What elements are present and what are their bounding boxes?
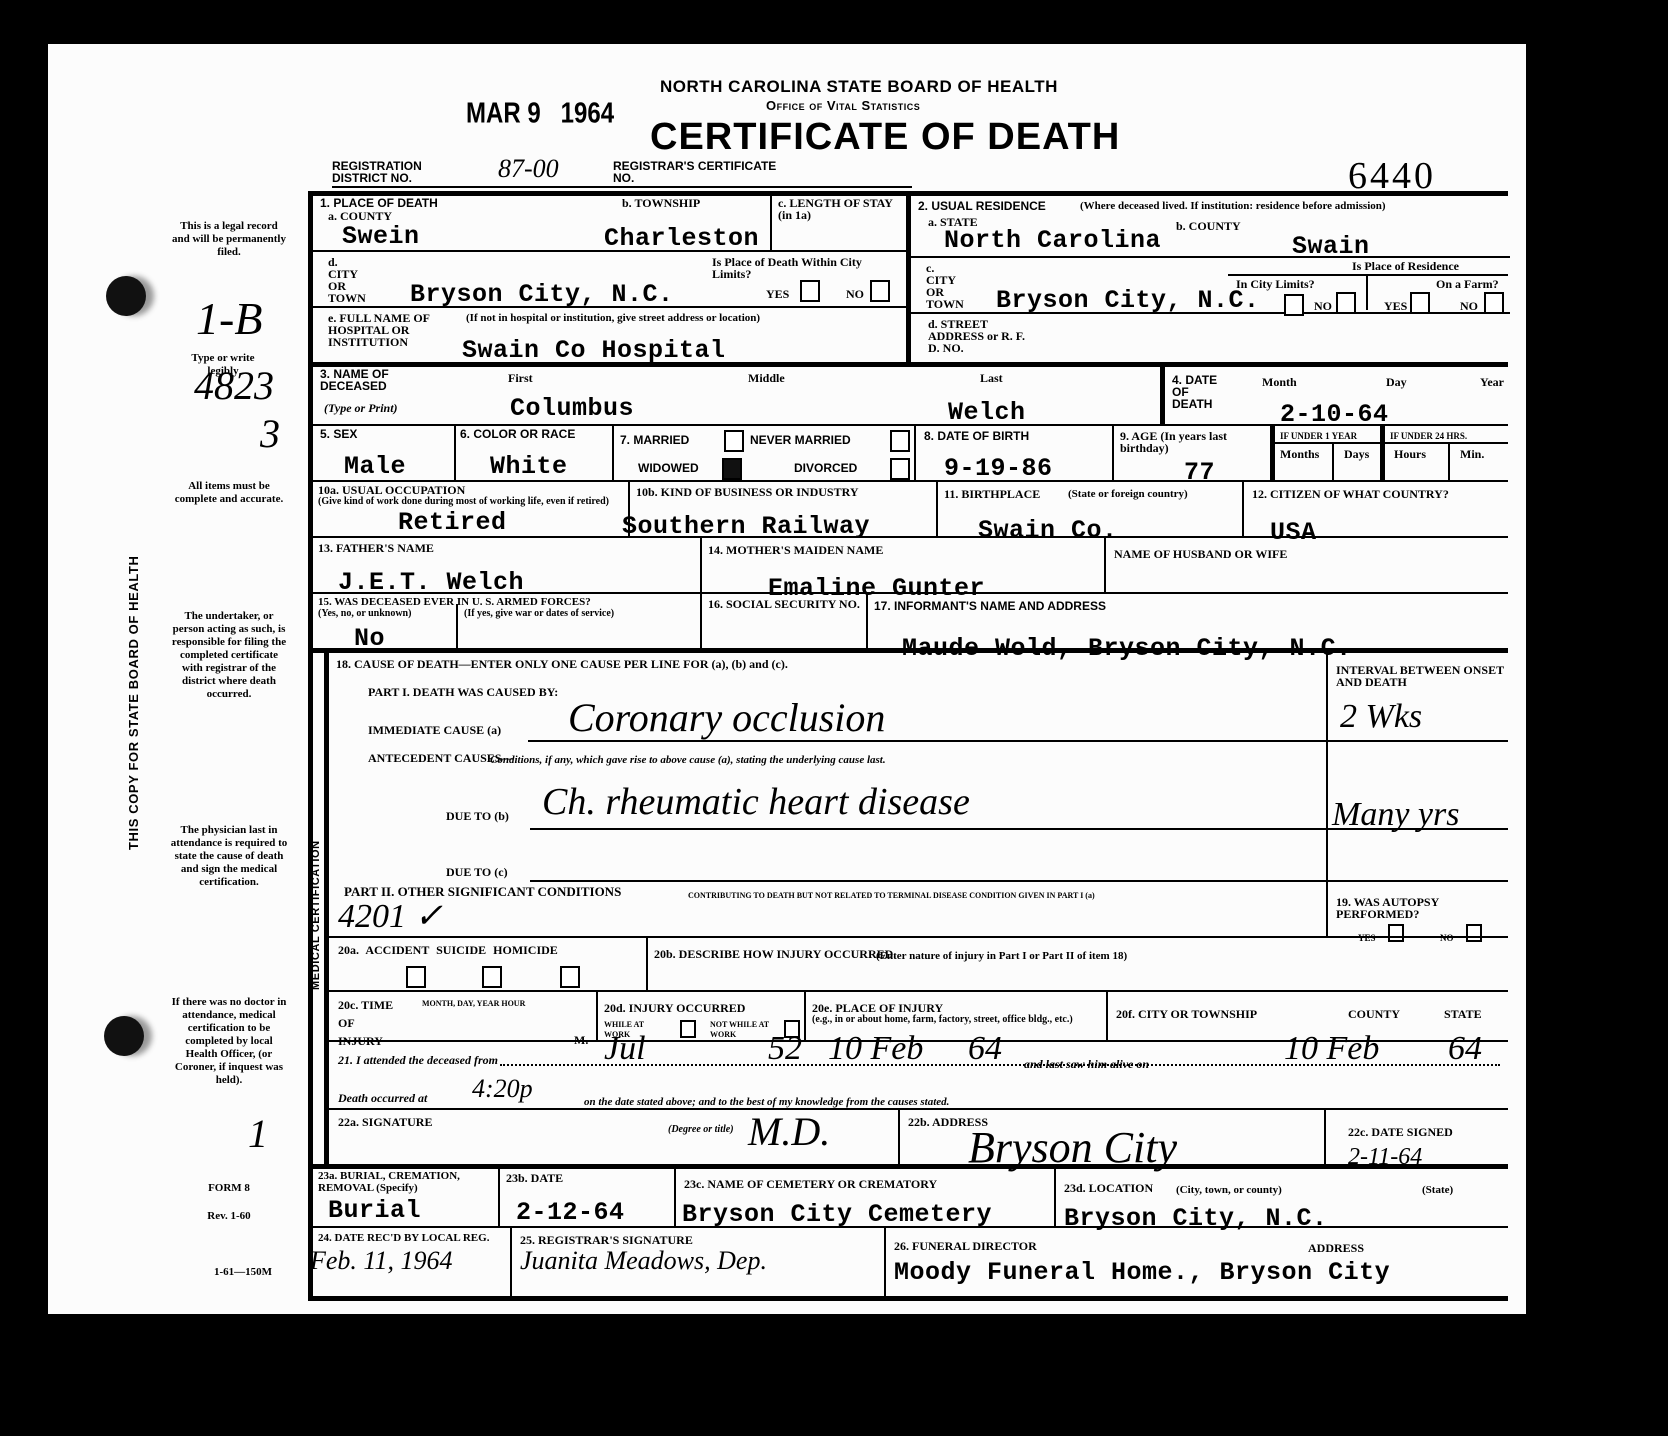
suicide-checkbox[interactable] <box>482 966 502 988</box>
within-limits-no-checkbox[interactable] <box>870 280 890 302</box>
row-armed-top <box>312 592 1508 594</box>
citizen-value: USA <box>1270 518 1317 547</box>
mother-divider <box>1104 536 1106 592</box>
on-farm-yes-label: YES <box>1384 300 1407 312</box>
months-divider <box>1332 442 1334 480</box>
under24-label: IF UNDER 24 HRS. <box>1390 430 1467 442</box>
race-divider <box>612 424 614 480</box>
part2-note: CONTRIBUTING TO DEATH BUT NOT RELATED TO… <box>688 890 1095 902</box>
last-saw-label: and last saw him alive on <box>1024 1058 1149 1070</box>
year-label: Year <box>1480 376 1504 388</box>
punch-hole-bottom <box>104 1016 144 1056</box>
middle-label: Middle <box>748 372 785 384</box>
divorced-checkbox[interactable] <box>890 458 910 480</box>
name-label: 3. NAME OF DECEASED <box>320 368 410 392</box>
sex-divider <box>454 424 456 480</box>
handwritten-code-2: 4823 <box>194 362 274 409</box>
marital-divider <box>914 424 916 480</box>
burial-date: 2-12-64 <box>516 1198 625 1227</box>
death-township: Charleston <box>604 224 759 253</box>
injury-state-label: STATE <box>1444 1008 1482 1020</box>
funeral-director: Moody Funeral Home., Bryson City <box>894 1258 1390 1287</box>
res-county-label: b. COUNTY <box>1176 220 1241 232</box>
death-occurred-note: on the date stated above; and to the bes… <box>584 1096 949 1108</box>
on-farm-no-checkbox[interactable] <box>1484 292 1504 314</box>
death-county: Swein <box>342 222 420 251</box>
time-sub-label: MONTH, DAY, YEAR HOUR <box>422 998 525 1010</box>
last-saw: 10 Feb <box>1284 1030 1379 1068</box>
dob-value: 9-19-86 <box>944 454 1053 483</box>
occupation-note: (Give kind of work done during most of w… <box>318 496 628 508</box>
date-signed-label: 22c. DATE SIGNED <box>1348 1126 1453 1138</box>
handwritten-code-4: 1 <box>248 1110 268 1157</box>
on-farm-no-label: NO <box>1460 300 1478 312</box>
birthplace-label: 11. BIRTHPLACE <box>944 488 1040 500</box>
institution-note: (If not in hospital or institution, give… <box>466 312 760 324</box>
received-divider <box>510 1226 512 1296</box>
burial-divider-3 <box>1054 1168 1056 1226</box>
within-limits-no-label: NO <box>846 288 864 300</box>
township-label: b. TOWNSHIP <box>622 197 700 209</box>
last-name: Welch <box>948 398 1026 427</box>
part1-label: PART I. DEATH WAS CAUSED BY: <box>368 686 558 698</box>
autopsy-no-label: NO <box>1440 932 1454 944</box>
on-farm-yes-checkbox[interactable] <box>1410 292 1430 314</box>
page-title: CERTIFICATE OF DEATH <box>650 116 1120 159</box>
last-label: Last <box>980 372 1003 384</box>
office-name: Office of Vital Statistics <box>766 98 920 113</box>
age-label: 9. AGE (In years last birthday) <box>1120 430 1270 454</box>
complete-note: All items must be complete and accurate. <box>170 480 288 506</box>
accident-label: 20a. ACCIDENT SUICIDE HOMICIDE <box>338 944 558 956</box>
occupation-value: Retired <box>398 508 507 537</box>
accident-divider <box>646 936 648 992</box>
married-label: 7. MARRIED <box>620 434 689 446</box>
injury-desc-note: (Enter nature of injury in Part I or Par… <box>876 950 1127 962</box>
address-divider <box>1324 1108 1326 1166</box>
burial-state-label: (State) <box>1422 1184 1453 1196</box>
place-of-death-label: 1. PLACE OF DEATH <box>320 197 438 209</box>
homicide-checkbox[interactable] <box>560 966 580 988</box>
rev-label: Rev. 1-60 <box>170 1210 288 1223</box>
widowed-label: WIDOWED <box>638 462 699 474</box>
frame-left <box>308 191 313 1301</box>
accident-top <box>328 936 1508 938</box>
days-label: Days <box>1344 448 1369 460</box>
place-of-injury-label: 20e. PLACE OF INJURY <box>812 1002 943 1014</box>
place-of-residence-label: Is Place of Residence <box>1352 260 1459 272</box>
burial-top <box>312 1164 1508 1169</box>
autopsy-label: 19. WAS AUTOPSY PERFORMED? <box>1336 896 1486 920</box>
degree-label: (Degree or title) <box>668 1124 734 1136</box>
state-copy-label: THIS COPY FOR STATE BOARD OF HEALTH <box>126 556 141 850</box>
institution-label: e. FULL NAME OF HOSPITAL OR INSTITUTION <box>328 312 468 348</box>
attended-from-year: 52 <box>768 1030 802 1068</box>
birthplace-value: Swain Co. <box>978 516 1118 545</box>
length-of-stay-label: c. LENGTH OF STAY (in 1a) <box>778 197 898 221</box>
death-time: 4:20p <box>472 1074 533 1104</box>
burial-divider-2 <box>674 1168 676 1226</box>
res-state: North Carolina <box>944 226 1161 255</box>
immediate-cause-label: IMMEDIATE CAUSE (a) <box>368 724 501 736</box>
undertaker-note: The undertaker, or person acting as such… <box>170 610 288 701</box>
first-name: Columbus <box>510 394 634 423</box>
autopsy-no-checkbox[interactable] <box>1466 924 1482 942</box>
res-limits-line <box>1228 274 1508 276</box>
institution-name: Swain Co Hospital <box>462 336 726 365</box>
row-occ-top <box>312 480 1508 482</box>
interval-label: INTERVAL BETWEEN ONSET AND DEATH <box>1336 664 1506 688</box>
agency-name: NORTH CAROLINA STATE BOARD OF HEALTH <box>660 77 1058 97</box>
res-county: Swain <box>1292 232 1370 261</box>
due-to-c-label: DUE TO (c) <box>446 866 508 878</box>
in-city-limits-label: In City Limits? <box>1236 278 1315 290</box>
burial-location-label: 23d. LOCATION <box>1064 1182 1153 1194</box>
immediate-cause: Coronary occlusion <box>568 694 885 741</box>
registrar-signature: Juanita Meadows, Dep. <box>520 1246 767 1276</box>
registrar-cert-label: REGISTRAR'S CERTIFICATE NO. <box>613 160 788 184</box>
birthplace-divider <box>1242 480 1244 536</box>
not-while-at-work-label: NOT WHILE AT WORK <box>710 1020 770 1040</box>
time-divider <box>596 990 598 1040</box>
within-limits-yes-checkbox[interactable] <box>800 280 820 302</box>
first-label: First <box>508 372 533 384</box>
immediate-line <box>528 740 1508 742</box>
frame-bottom <box>310 1296 1508 1301</box>
divorced-label: DIVORCED <box>794 462 857 474</box>
armed-divider <box>456 604 458 648</box>
received-stamp: MAR 9 1964 <box>466 97 614 131</box>
cause-label: 18. CAUSE OF DEATH—ENTER ONLY ONE CAUSE … <box>336 658 788 670</box>
attended-label: 21. I attended the deceased from <box>338 1054 498 1066</box>
under1-label: IF UNDER 1 YEAR <box>1280 430 1357 442</box>
within-limits-label: Is Place of Death Within City Limits? <box>712 256 902 280</box>
legal-note: This is a legal record and will be perma… <box>170 220 288 259</box>
within-limits-yes-label: YES <box>766 288 789 300</box>
row-sex-top <box>312 424 1508 426</box>
father-label: 13. FATHER'S NAME <box>318 542 434 554</box>
cemetery-label: 23c. NAME OF CEMETERY OR CREMATORY <box>684 1178 937 1190</box>
time-top <box>328 990 1508 992</box>
due-to-b-interval: Many yrs <box>1332 796 1459 834</box>
autopsy-yes-label: YES <box>1358 932 1376 944</box>
death-city: Bryson City, N.C. <box>410 280 674 309</box>
accident-checkbox[interactable] <box>406 966 426 988</box>
city-label: d. CITY OR TOWN <box>328 256 368 304</box>
months-label: Months <box>1280 448 1319 460</box>
never-married-checkbox[interactable] <box>890 430 910 452</box>
due-to-b-label: DUE TO (b) <box>446 810 509 822</box>
res-city-label: c. CITY OR TOWN <box>926 262 966 310</box>
sex-label: 5. SEX <box>320 428 357 440</box>
attended-from: Jul <box>604 1030 646 1068</box>
death-occurred-label: Death occurred at <box>338 1092 427 1104</box>
city-township-label: 20f. CITY OR TOWNSHIP <box>1116 1008 1257 1020</box>
min-label: Min. <box>1460 448 1484 460</box>
under1-divider <box>1380 424 1385 480</box>
war-divider <box>700 592 702 648</box>
no-doctor-note: If there was no doctor in attendance, me… <box>170 996 288 1087</box>
res-in-city-no-label: NO <box>1314 300 1332 312</box>
handwritten-code-3: 3 <box>260 410 280 457</box>
ssn-label: 16. SOCIAL SECURITY NO. <box>708 598 860 610</box>
cemetery-name: Bryson City Cemetery <box>682 1200 992 1229</box>
received-top <box>312 1226 1508 1228</box>
injury-county-label: COUNTY <box>1348 1008 1400 1020</box>
month-label: Month <box>1262 376 1297 388</box>
attended-to-year: 64 <box>968 1030 1002 1068</box>
res-in-city-yes-checkbox[interactable] <box>1284 294 1304 316</box>
medical-top <box>312 648 1508 653</box>
res-row1-line <box>910 256 1510 258</box>
immediate-interval: 2 Wks <box>1340 698 1422 736</box>
usual-residence-note: (Where deceased lived. If institution: r… <box>1080 200 1386 212</box>
age-divider <box>1270 424 1275 480</box>
dob-divider <box>1112 424 1114 480</box>
due-to-b: Ch. rheumatic heart disease <box>542 780 970 824</box>
certificate-page: NORTH CAROLINA STATE BOARD OF HEALTH Off… <box>48 44 1526 1314</box>
race-label: 6. COLOR OR RACE <box>460 428 575 440</box>
hours-label: Hours <box>1394 448 1426 460</box>
war-note: (If yes, give war or dates of service) <box>464 608 614 620</box>
burial-location: Bryson City, N.C. <box>1064 1204 1328 1233</box>
stay-divider <box>770 194 772 250</box>
burial-method: Burial <box>328 1196 421 1225</box>
res-farm-divider <box>1366 276 1368 310</box>
mother-label: 14. MOTHER'S MAIDEN NAME <box>708 544 883 556</box>
father-divider <box>700 536 702 592</box>
informant-label: 17. INFORMANT'S NAME AND ADDRESS <box>874 600 1106 612</box>
attended-to: 10 Feb <box>828 1030 923 1068</box>
occurred-divider <box>804 990 806 1040</box>
married-checkbox[interactable] <box>724 430 744 452</box>
county-label: a. COUNTY <box>328 210 392 222</box>
physician-signature: M.D. <box>748 1108 830 1155</box>
registration-district-label: REGISTRATION DISTRICT NO. <box>332 160 477 184</box>
date-of-death-divider <box>1160 366 1165 426</box>
row-father-top <box>312 536 1508 538</box>
spouse-label: NAME OF HUSBAND OR WIFE <box>1114 548 1287 560</box>
industry-divider <box>936 480 938 536</box>
funeral-director-label: 26. FUNERAL DIRECTOR <box>894 1240 1037 1252</box>
due-to-c-line <box>530 880 1508 882</box>
sex-value: Male <box>344 452 406 481</box>
injury-occurred-label: 20d. INJURY OCCURRED <box>604 1002 745 1014</box>
burial-location-note: (City, town, or county) <box>1176 1184 1282 1196</box>
res-street-label: d. STREET ADDRESS or R. F. D. NO. <box>928 318 1038 354</box>
divider-1-2 <box>906 194 911 364</box>
registrar-label: 25. REGISTRAR'S SIGNATURE <box>520 1234 693 1246</box>
last-saw-year: 64 <box>1448 1030 1482 1068</box>
punch-hole-top <box>106 276 146 316</box>
res-city: Bryson City, N.C. <box>996 286 1260 315</box>
print-code: 1-61—150M <box>184 1266 302 1279</box>
handwritten-code-1: 1-B <box>196 292 262 345</box>
form-label: FORM 8 <box>170 1182 288 1195</box>
dob-label: 8. DATE OF BIRTH <box>924 430 1029 442</box>
autopsy-divider <box>1326 882 1328 938</box>
funeral-address-label: ADDRESS <box>1308 1242 1364 1254</box>
industry-label: 10b. KIND OF BUSINESS OR INDUSTRY <box>636 486 859 498</box>
place-divider <box>1106 990 1108 1040</box>
race-value: White <box>490 452 568 481</box>
registrar-divider <box>884 1226 886 1296</box>
part2-code: 4201 ✓ <box>338 896 443 936</box>
signature-top <box>328 1108 1508 1110</box>
received-label: 24. DATE REC'D BY LOCAL REG. <box>318 1232 508 1244</box>
autopsy-yes-checkbox[interactable] <box>1388 924 1404 942</box>
signature-divider <box>898 1108 900 1166</box>
burial-method-label: 23a. BURIAL, CREMATION, REMOVAL (Specify… <box>318 1170 493 1194</box>
hours-divider <box>1448 442 1450 480</box>
widowed-checkbox[interactable] <box>722 458 742 480</box>
birthplace-note: (State or foreign country) <box>1068 488 1188 500</box>
on-farm-label: On a Farm? <box>1436 278 1499 290</box>
never-married-label: NEVER MARRIED <box>750 434 851 446</box>
under-sub-line <box>1272 442 1508 444</box>
burial-date-label: 23b. DATE <box>506 1172 563 1184</box>
armed-forces-note: (Yes, no, or unknown) <box>318 608 411 620</box>
type-or-print-label: (Type or Print) <box>324 402 398 414</box>
received-date: Feb. 11, 1964 <box>310 1246 453 1276</box>
injury-desc-label: 20b. DESCRIBE HOW INJURY OCCURRED. <box>654 948 896 960</box>
armed-forces-label: 15. WAS DECEASED EVER IN U. S. ARMED FOR… <box>318 596 591 608</box>
age-value: 77 <box>1184 458 1215 487</box>
citizen-label: 12. CITIZEN OF WHAT COUNTRY? <box>1252 488 1449 500</box>
district-underline <box>332 186 912 188</box>
physician-note: The physician last in attendance is requ… <box>170 824 288 889</box>
date-of-death-label: 4. DATE OF DEATH <box>1172 374 1232 410</box>
antecedent-note: Conditions, if any, which gave rise to a… <box>490 754 886 766</box>
usual-residence-label: 2. USUAL RESIDENCE <box>918 200 1046 212</box>
day-label: Day <box>1386 376 1407 388</box>
place-of-injury-note: (e.g., in or about home, farm, factory, … <box>812 1014 1102 1026</box>
registration-district-no: 87-00 <box>498 154 559 184</box>
while-at-work-checkbox[interactable] <box>680 1020 696 1038</box>
medical-certification-label: MEDICAL CERTIFICATION <box>310 840 322 990</box>
burial-divider-1 <box>498 1168 500 1226</box>
ssn-divider <box>866 592 868 648</box>
res-in-city-no-checkbox[interactable] <box>1336 292 1356 314</box>
medical-left <box>324 648 329 1168</box>
occupation-label: 10a. USUAL OCCUPATION <box>318 484 465 496</box>
signature-label: 22a. SIGNATURE <box>338 1116 432 1128</box>
